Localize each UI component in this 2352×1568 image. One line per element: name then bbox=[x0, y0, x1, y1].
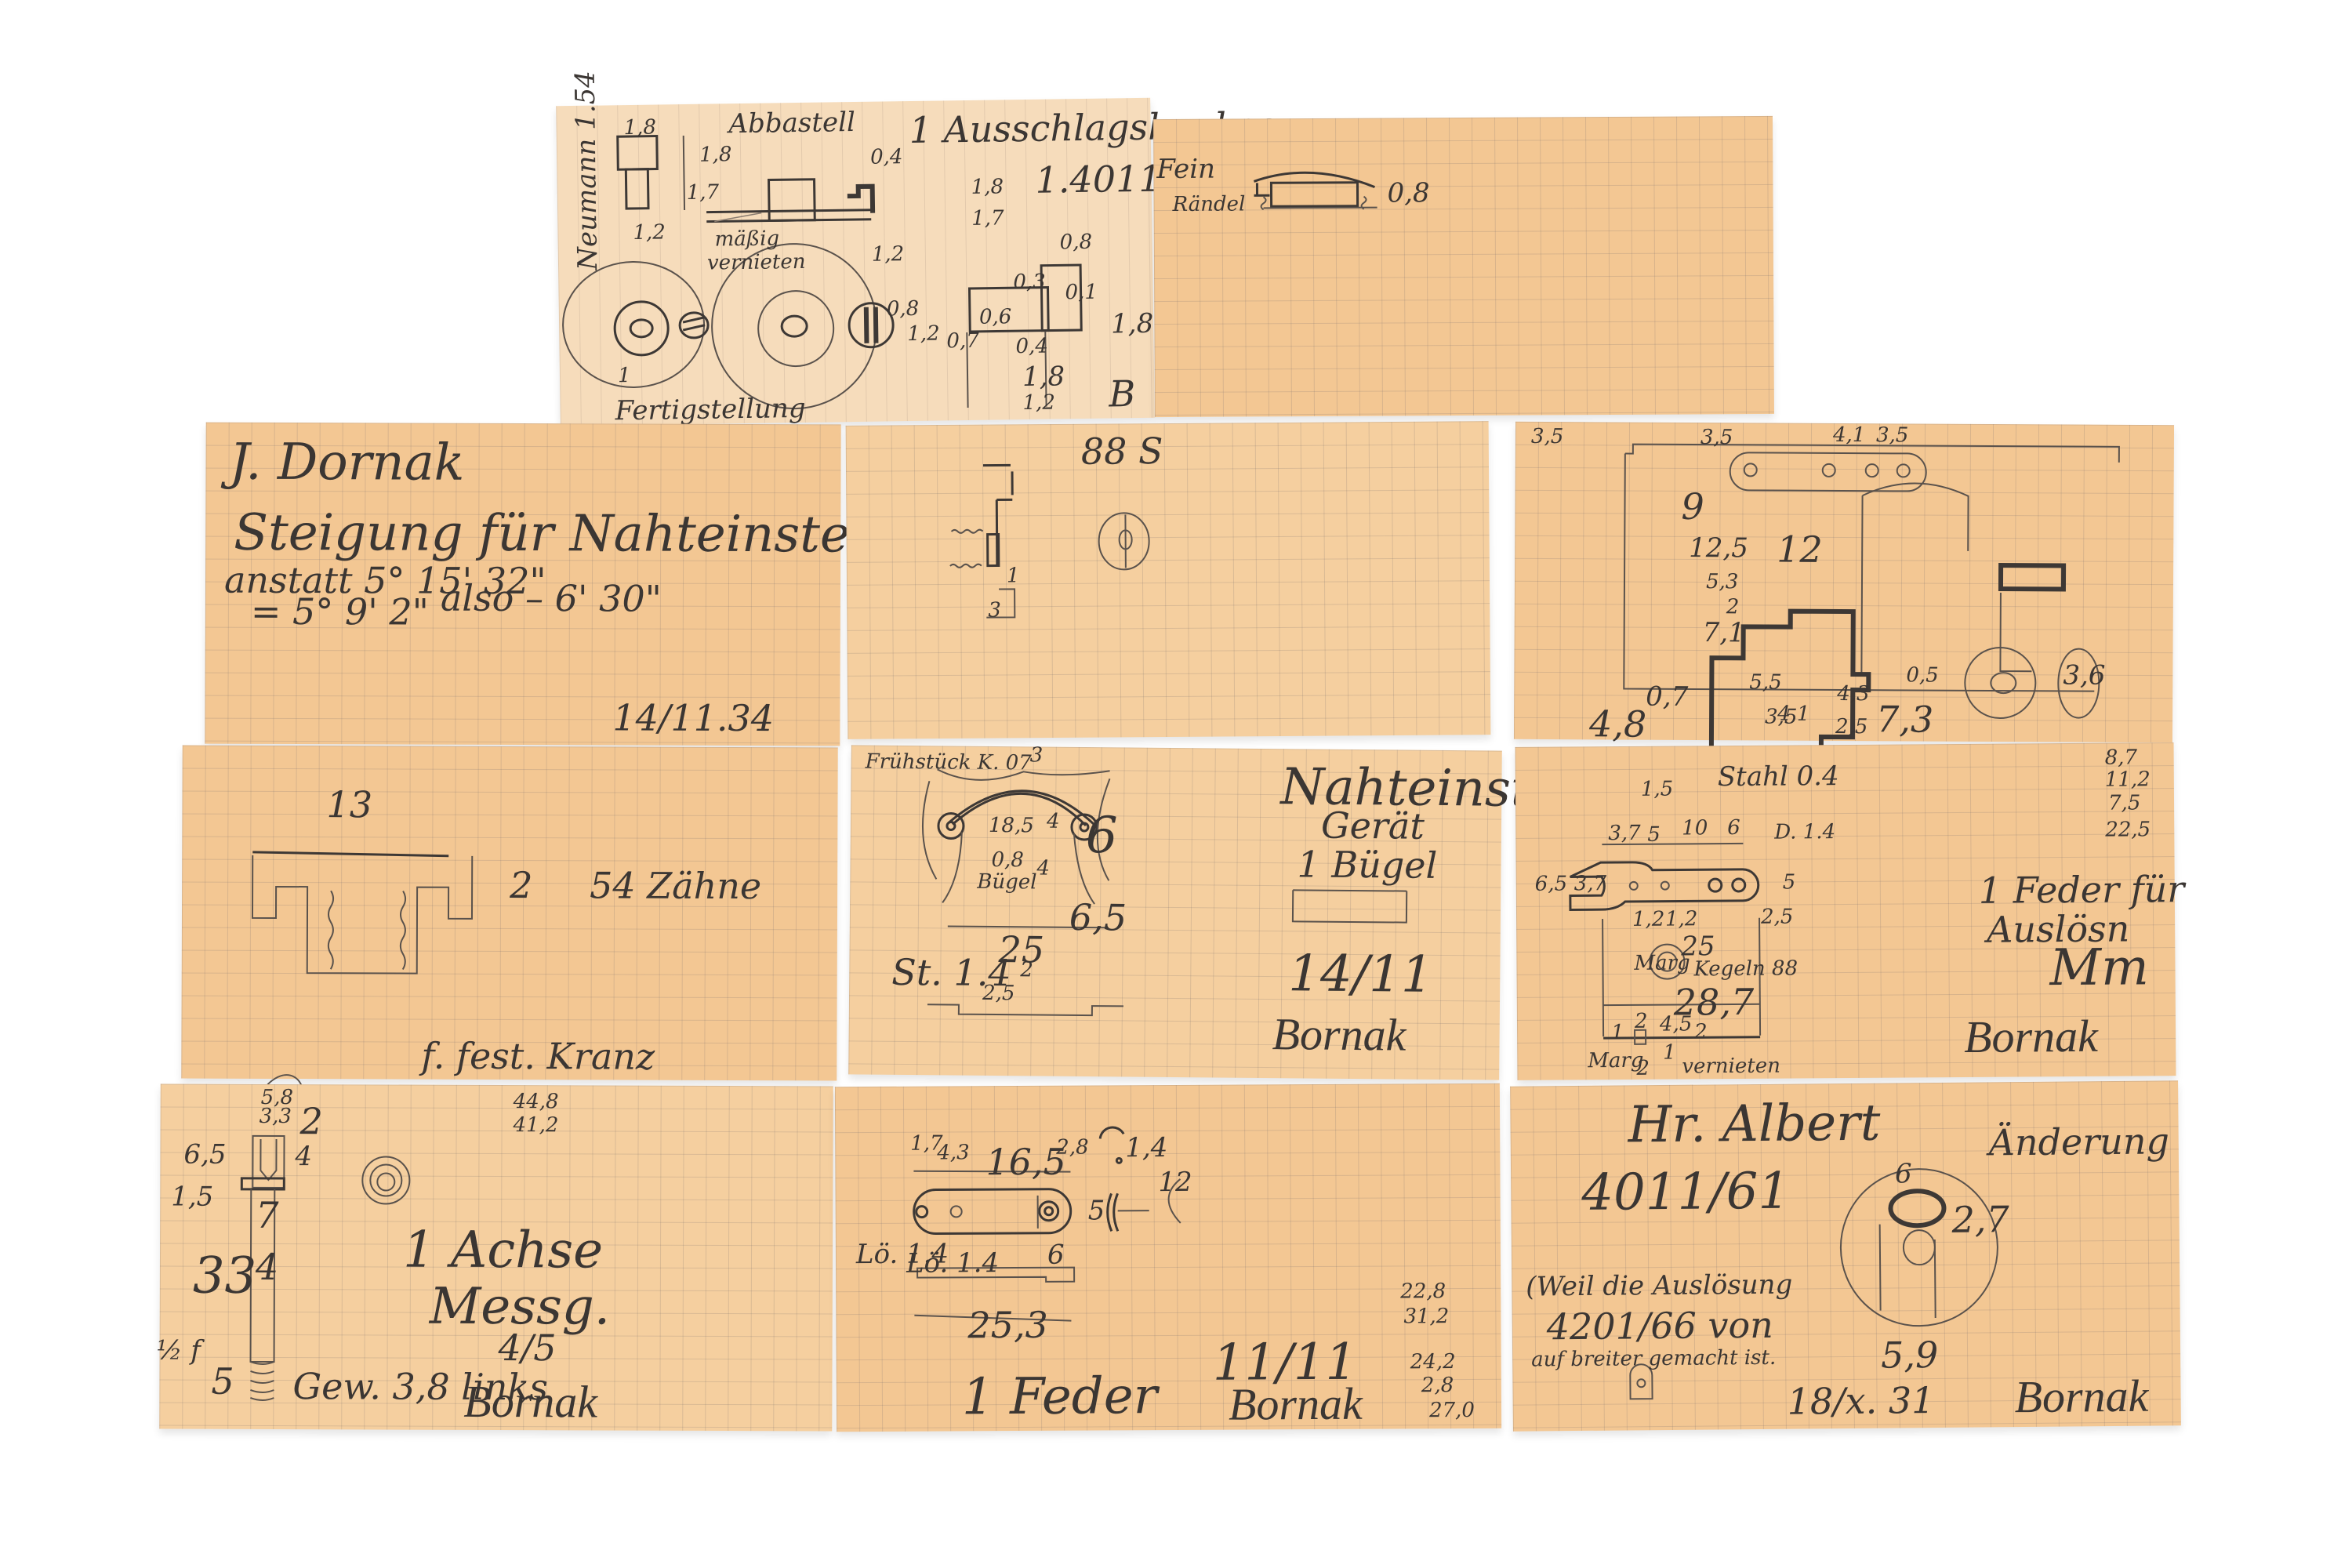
dim-label: 4,1 bbox=[1777, 702, 1810, 726]
dim-label: 1 bbox=[1611, 1021, 1624, 1044]
annotation: Bügel bbox=[977, 870, 1036, 895]
dim-label: 1,7 bbox=[971, 206, 1004, 230]
dim-label: 12,5 bbox=[1689, 532, 1748, 564]
dim-label: 0,6 bbox=[979, 305, 1012, 329]
dim-label: 0,8 bbox=[1387, 177, 1429, 209]
dim-label: 1,2 bbox=[1665, 907, 1698, 931]
dim-label: 5 bbox=[211, 1360, 234, 1403]
dim-label: 6 bbox=[1047, 1240, 1065, 1271]
side-calculation: 31,2 bbox=[1403, 1305, 1449, 1328]
annotation: vernieten bbox=[707, 250, 806, 275]
side-calculation: 22,8 bbox=[1400, 1279, 1446, 1303]
dim-label: 4 bbox=[295, 1141, 312, 1172]
dim-label: 0,8 bbox=[887, 297, 920, 321]
author-name: J. Dornak bbox=[229, 434, 464, 492]
side-calculation: 41,2 bbox=[514, 1113, 559, 1137]
knurled-cap-drawing bbox=[1153, 116, 1774, 417]
dim-label: 4,1 bbox=[1833, 423, 1866, 447]
annotation: 4201/66 von bbox=[1547, 1304, 1773, 1348]
dim-label: 3 bbox=[1030, 743, 1044, 767]
dim-label: 1 bbox=[1007, 564, 1020, 587]
annotation: Marg bbox=[1588, 1049, 1643, 1073]
dim-label: 1,8 bbox=[1111, 308, 1154, 340]
dim-label: 3,5 bbox=[1700, 426, 1733, 449]
signature: Bornak bbox=[1272, 1007, 1406, 1061]
dim-label: 1,2 bbox=[872, 242, 905, 267]
dim-label: 2,7 bbox=[1951, 1198, 2009, 1241]
dim-label: 18,5 bbox=[989, 814, 1034, 838]
dim-label: 7,1 bbox=[1703, 617, 1745, 648]
dim-label: 1 bbox=[618, 364, 631, 387]
dim-label: 2 bbox=[1726, 595, 1740, 619]
dim-label: 4,3 bbox=[937, 1141, 970, 1164]
sketch-sheet-bushing: 1,8 Abbastell 1 Ausschlagsbuchse 1.4011 … bbox=[556, 98, 1155, 426]
annotation: vernieten bbox=[1682, 1054, 1780, 1079]
side-calculation: 22,5 bbox=[2105, 818, 2151, 841]
annotation: Marg bbox=[1634, 951, 1690, 975]
dim-label: 0,8 bbox=[1059, 230, 1092, 255]
sheet-footer: Fertigstellung bbox=[615, 393, 805, 426]
dim-label: 2,5 bbox=[1761, 905, 1794, 928]
sheet-heading: 1 Achse bbox=[403, 1221, 603, 1280]
dim-label: 6,5 bbox=[183, 1139, 226, 1171]
dim-label: 0,4 bbox=[1015, 335, 1048, 359]
dim-label: 3,5 bbox=[1876, 423, 1909, 447]
side-calculation: 8,7 bbox=[2105, 746, 2138, 769]
sheet-date: 14/11.34 bbox=[612, 696, 774, 739]
dim-label: 1,8 bbox=[1022, 361, 1065, 393]
dim-label: 4,8 bbox=[1589, 702, 1646, 745]
dim-label: 13 bbox=[326, 783, 372, 826]
dim-label: 10 bbox=[1682, 816, 1708, 840]
annotation: 54 Zähne bbox=[590, 864, 761, 907]
dim-label: 2,8 bbox=[1056, 1136, 1089, 1160]
part-number: 1.4011 bbox=[1035, 158, 1162, 201]
dim-label: 3,5 bbox=[1531, 425, 1564, 448]
side-note: Neumann 1.54 bbox=[570, 71, 604, 270]
dim-label: 5 bbox=[1647, 823, 1661, 847]
dim-label: 6,5 bbox=[1535, 872, 1568, 895]
sketch-sheet-gear-profile: 88 S 1 3 bbox=[846, 421, 1491, 739]
sketch-sheet-axle: 5,8 3,3 2 6,5 1,5 4 7 33 4 5 Gew. 3,8 li… bbox=[159, 1084, 833, 1432]
dim-label: 16,5 bbox=[985, 1141, 1066, 1184]
sketch-sheet-release-spring: Stahl 0.4 1,5 3,7 5 10 6 D. 1.4 6,5 3,7 … bbox=[1515, 742, 2176, 1080]
dim-label: 6 bbox=[1086, 807, 1118, 865]
sheet-heading: 1 Bügel bbox=[1297, 843, 1437, 887]
dim-label: 4,3 bbox=[1837, 682, 1870, 706]
dim-label: 1,8 bbox=[699, 143, 732, 167]
dim-label: 6 bbox=[1727, 816, 1740, 840]
annotation: auf breiter gemacht ist. bbox=[1531, 1346, 1776, 1372]
dim-label: 7,3 bbox=[1876, 698, 1933, 740]
dim-label: 33 bbox=[193, 1247, 257, 1305]
sheet-title: Abbastell bbox=[728, 107, 855, 140]
sheet-heading: Stahl 0.4 bbox=[1718, 760, 1839, 793]
dim-label: 5,9 bbox=[1881, 1334, 1939, 1377]
sketch-sheet-knurled-cap: Fein Rändel 0,8 bbox=[1153, 116, 1774, 417]
dim-label: 0,3 bbox=[1013, 270, 1046, 295]
dim-label: 5 bbox=[1783, 870, 1796, 894]
annotation: 1 Feder für bbox=[1979, 868, 2185, 912]
dim-label: 9 bbox=[1681, 485, 1704, 528]
calculation-line: also – 6' 30" bbox=[441, 577, 662, 620]
dim-label: 1,5 bbox=[1641, 778, 1674, 801]
crown-gear-drawing bbox=[181, 746, 837, 1081]
dim-label: 5,3 bbox=[1706, 570, 1739, 593]
dim-label: 0,7 bbox=[946, 329, 979, 354]
dim-label: 3,7 bbox=[1608, 822, 1641, 845]
side-calculation: 11,2 bbox=[2105, 768, 2151, 791]
side-calculation: 27,0 bbox=[1429, 1399, 1475, 1422]
dim-label: 6,5 bbox=[1069, 896, 1127, 939]
dim-label: D. 1.4 bbox=[1774, 820, 1835, 844]
edge-note: ½ f bbox=[157, 1334, 201, 1366]
dim-label: Lö. 1.4 bbox=[906, 1247, 999, 1279]
sheet-letter: B bbox=[1109, 372, 1136, 415]
corner-note: Frühstück K. 07 bbox=[866, 750, 1032, 775]
sheet-date: 14/11 bbox=[1288, 945, 1433, 1004]
sketch-sheet-stitch-bracket: Frühstück K. 07 3 18,5 0,8 Bügel 4 4 6 6… bbox=[848, 745, 1502, 1080]
sheet-heading: Änderung bbox=[1989, 1120, 2170, 1163]
dim-label: 7 bbox=[256, 1194, 278, 1236]
sheet-date: 4/5 bbox=[499, 1327, 557, 1369]
dim-label: 1,2 bbox=[633, 220, 666, 245]
dim-label: 12 bbox=[1777, 528, 1823, 571]
signature: Bornak bbox=[2014, 1370, 2148, 1423]
signature: Bornak bbox=[1964, 1010, 2098, 1063]
side-calculation: 44,8 bbox=[514, 1090, 559, 1113]
dim-label: 3,7 bbox=[1574, 872, 1607, 895]
reference-mark: 88 S bbox=[1081, 430, 1163, 473]
annotation: mäßig bbox=[714, 227, 779, 251]
dim-label: 2,5 bbox=[1835, 715, 1868, 739]
gear-profile-drawing bbox=[846, 421, 1491, 739]
dim-label: 0,1 bbox=[1065, 281, 1098, 305]
dim-label: 1,7 bbox=[687, 180, 720, 205]
sheet-date: 18/x. 31 bbox=[1787, 1379, 1934, 1423]
sketch-sheet-mechanism-assembly: 3,5 3,5 4,1 3,5 9 12,5 12 5,3 2 7,1 5,5 … bbox=[1514, 422, 2174, 742]
dim-label: 4 bbox=[1036, 856, 1050, 880]
dim-label: 12 bbox=[1158, 1167, 1192, 1198]
addressee: Hr. Albert bbox=[1628, 1094, 1881, 1155]
signature: Bornak bbox=[463, 1375, 597, 1428]
dim-label: 2,5 bbox=[982, 982, 1015, 1005]
sketch-sheet-pitch-calculation: J. Dornak Steigung für Nahteinstellgerät… bbox=[205, 423, 840, 746]
annotation: Fein bbox=[1156, 154, 1215, 185]
dim-label: 1,8 bbox=[623, 116, 656, 140]
annotation: (Weil die Auslösung bbox=[1526, 1269, 1792, 1303]
side-calculation: 7,5 bbox=[2108, 791, 2141, 815]
annotation: Kegeln 88 bbox=[1693, 956, 1798, 981]
sketch-sheet-flat-spring: 1,7 4,3 16,5 2,8 6 Lö. 1.4 Lö. 1.4 25,3 … bbox=[835, 1083, 1501, 1432]
dim-label: 5,5 bbox=[1749, 670, 1782, 694]
dim-label: 4,5 bbox=[1660, 1012, 1693, 1036]
dim-label: 0,8 bbox=[991, 848, 1024, 872]
dim-label: 3,3 bbox=[260, 1105, 292, 1128]
calculation-line: = 5° 9' 2" bbox=[251, 590, 429, 633]
sketch-sheet-change-note: Hr. Albert Änderung 4011/61 6 2,7 5,9 (W… bbox=[1510, 1080, 2181, 1431]
initials: Mm bbox=[2049, 938, 2149, 997]
dim-label: 4 bbox=[256, 1246, 278, 1288]
dim-label: 3,6 bbox=[2063, 659, 2105, 691]
dim-label: 0,7 bbox=[1646, 681, 1688, 713]
dim-label: 2 bbox=[1694, 1020, 1708, 1044]
dim-label: 1,2 bbox=[1022, 390, 1055, 415]
dim-label: 1,4 bbox=[1125, 1132, 1167, 1163]
dim-label: 25,3 bbox=[967, 1304, 1048, 1347]
dim-label: 2 bbox=[1635, 1010, 1648, 1033]
dim-label: 2 bbox=[510, 864, 532, 906]
dim-label: 3 bbox=[988, 598, 1001, 622]
dim-label: 2 bbox=[300, 1100, 323, 1142]
dim-label: 6 bbox=[1895, 1158, 1912, 1189]
side-calculation: 24,2 bbox=[1410, 1350, 1456, 1374]
dim-label: 0,5 bbox=[1906, 663, 1939, 687]
part-number: 4011/61 bbox=[1581, 1163, 1791, 1222]
dim-label: 1,5 bbox=[171, 1181, 213, 1213]
sketch-sheet-crown-gear: 13 2 54 Zähne f. fest. Kranz fein 14/11 … bbox=[181, 746, 837, 1081]
sheet-heading: 1 Feder bbox=[962, 1367, 1158, 1426]
annotation: Rändel bbox=[1173, 192, 1246, 216]
side-calculation: 2,8 bbox=[1421, 1374, 1454, 1397]
dim-label: 1,8 bbox=[971, 175, 1004, 199]
dim-label: 2 bbox=[1020, 958, 1033, 982]
annotation: f. fest. Kranz bbox=[421, 1035, 655, 1078]
dim-label: 5 bbox=[1088, 1195, 1105, 1226]
dim-label: 1,2 bbox=[1632, 908, 1665, 931]
signature: Bornak bbox=[1229, 1377, 1363, 1431]
dim-label: 1,2 bbox=[907, 322, 940, 347]
dim-label: 1 bbox=[1663, 1041, 1676, 1065]
dim-label: 0,4 bbox=[870, 145, 903, 169]
dim-label: 4 bbox=[1047, 810, 1060, 833]
sheet-heading: Gerät bbox=[1321, 804, 1425, 848]
